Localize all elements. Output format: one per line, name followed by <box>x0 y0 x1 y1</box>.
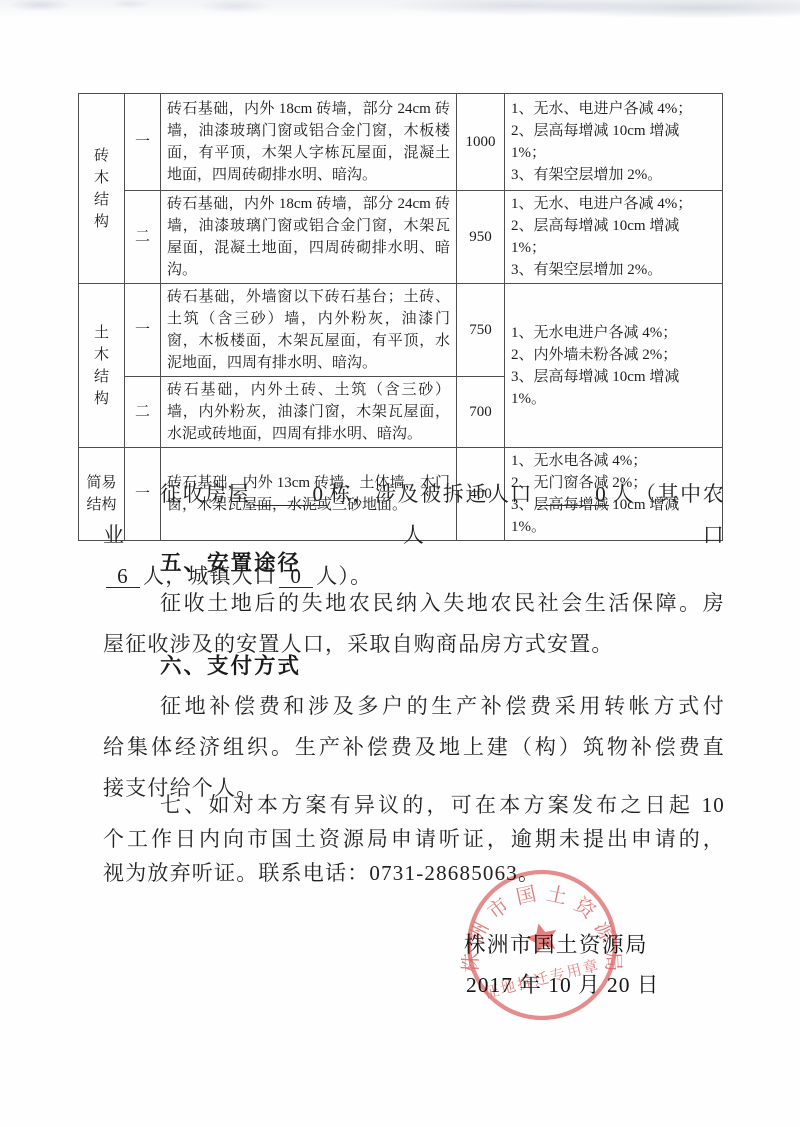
static-text: 征收房屋 <box>160 482 250 506</box>
grade-cell: 二 <box>125 191 161 284</box>
paragraph-line: 征收土地后的失地农民纳入失地农民社会生活保障。房 <box>103 583 725 624</box>
housing-statistics-paragraph: 征收房屋0栋，涉及被拆迁人口0人（其中农业人口 6人，城镇人口0人）。 <box>103 474 725 597</box>
paragraph-line: 征地补偿费和涉及多户的生产补偿费采用转帐方式付 <box>103 686 725 727</box>
price-cell: 750 <box>457 284 505 377</box>
structure-category-earth-wood: 土 木 结 构 <box>79 284 125 448</box>
paragraph-line: 视为放弃听证。联系电话：0731-28685063。 <box>103 856 725 890</box>
description-cell: 砖石基础，内外 18cm 砖墙，部分 24cm 砖墙，油漆玻璃门窗或铝合金门窗，… <box>161 94 457 191</box>
structure-category-brick-wood: 砖 木 结 构 <box>79 94 125 284</box>
adjustment-notes-cell: 1、无水、电进户各减 4%； 2、层高每增减 10cm 增减 1%； 3、有架空… <box>505 191 723 284</box>
section-6-heading: 六、支付方式 <box>160 649 301 680</box>
scanned-document-page: 砖 木 结 构 一 砖石基础，内外 18cm 砖墙，部分 24cm 砖墙，油漆玻… <box>0 0 800 1127</box>
price-cell: 700 <box>457 377 505 448</box>
paragraph-line: 个工作日内向市国土资源局申请听证，逾期未提出申请的， <box>103 822 725 856</box>
filled-blank-population: 0 <box>536 483 609 506</box>
paragraph-line: 七、如对本方案有异议的，可在本方案发布之日起 10 <box>103 788 725 822</box>
table-row: 二 砖石基础，内外 18cm 砖墙，部分 24cm 砖墙，油漆玻璃门窗或铝合金门… <box>79 191 723 284</box>
table-row: 土 木 结 构 一 砖石基础，外墙窗以下砖石基台；土砖、土筑（含三砂）墙，内外粉… <box>79 284 723 377</box>
scan-smudge-artifacts <box>0 0 800 26</box>
paragraph-line: 给集体经济组织。生产补偿费及地上建（构）筑物补偿费直 <box>103 727 725 768</box>
static-text: 栋，涉及被拆迁人口 <box>329 482 533 506</box>
signature-organization: 株洲市国土资源局 <box>464 928 648 959</box>
table-row: 砖 木 结 构 一 砖石基础，内外 18cm 砖墙，部分 24cm 砖墙，油漆玻… <box>79 94 723 191</box>
adjustment-notes-cell: 1、无水、电进户各减 4%； 2、层高每增减 10cm 增减 1%； 3、有架空… <box>505 94 723 191</box>
grade-cell: 一 <box>125 94 161 191</box>
section-7-paragraph: 七、如对本方案有异议的，可在本方案发布之日起 10 个工作日内向市国土资源局申请… <box>103 788 725 890</box>
price-cell: 950 <box>457 191 505 284</box>
grade-cell: 一 <box>125 284 161 377</box>
section-5-heading: 五、安置途径 <box>160 546 301 577</box>
filled-blank-buildings: 0 <box>253 483 326 506</box>
description-cell: 砖石基础，内外 18cm 砖墙，部分 24cm 砖墙，油漆玻璃门窗或铝合金门窗，… <box>161 191 457 284</box>
description-cell: 砖石基础，外墙窗以下砖石基台；土砖、土筑（含三砂）墙，内外粉灰，油漆门窗，木板楼… <box>161 284 457 377</box>
adjustment-notes-cell: 1、无水电进户各减 4%； 2、内外墙未粉各减 2%； 3、层高每增减 10cm… <box>505 284 723 448</box>
signature-date: 2017 年 10 月 20 日 <box>466 968 659 999</box>
paragraph-line: 征收房屋0栋，涉及被拆迁人口0人（其中农业人口 <box>103 474 725 556</box>
description-cell: 砖石基础，内外土砖、土筑（含三砂）墙，内外粉灰，油漆门窗，木架瓦屋面，水泥或砖地… <box>161 377 457 448</box>
price-cell: 1000 <box>457 94 505 191</box>
grade-cell: 二 <box>125 377 161 448</box>
